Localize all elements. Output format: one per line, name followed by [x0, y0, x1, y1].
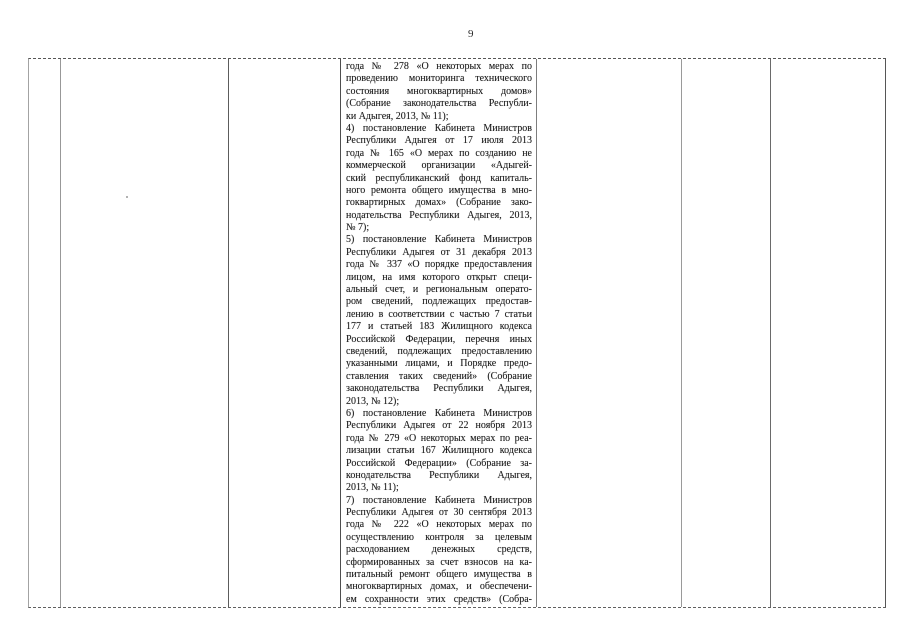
text-line: гоквартирных домах» (Собрание зако- [346, 197, 532, 209]
table-cell-empty-5 [682, 59, 771, 607]
text-line: 4) постановление Кабинета Министров [346, 123, 532, 135]
text-line: ки Адыгея, 2013, № 11); [346, 111, 532, 123]
text-line: лению в соответствии с частью 7 статьи [346, 309, 532, 321]
text-line: альный счет, и региональным операто- [346, 284, 532, 296]
text-line: многоквартирных домах, и обеспечени- [346, 581, 532, 593]
text-line: 7) постановление Кабинета Министров [346, 495, 532, 507]
text-line: Российской Федерации» (Собрание за- [346, 458, 532, 470]
text-line: 6) постановление Кабинета Министров [346, 408, 532, 420]
text-line: коммерческой организации «Адыгей- [346, 160, 532, 172]
text-line: ром сведений, подлежащих предостав- [346, 296, 532, 308]
text-line: расходованием денежных средств, [346, 544, 532, 556]
text-line: года № 165 «О мерах по созданию не [346, 148, 532, 160]
text-line: осуществлению контроля за целевым [346, 532, 532, 544]
text-line: нодательства Республики Адыгея, 2013, [346, 210, 532, 222]
text-line: (Собрание законодательства Республи- [346, 98, 532, 110]
text-line: законодательства Республики Адыгея, [346, 383, 532, 395]
text-line: Республики Адыгея от 17 июля 2013 [346, 135, 532, 147]
scan-speck-dot [126, 196, 128, 198]
text-line: питальный ремонт общего имущества в [346, 569, 532, 581]
table-cell-empty-1 [29, 59, 61, 607]
text-line: № 7); [346, 222, 532, 234]
text-line: года № 278 «О некоторых мерах по [346, 61, 532, 73]
text-line: указанными лицами, и Порядке предо- [346, 358, 532, 370]
text-line: лизации статьи 167 Жилищного кодекса [346, 445, 532, 457]
legal-text-block: года № 278 «О некоторых мерах попроведен… [341, 59, 536, 606]
text-line: года № 222 «О некоторых мерах по [346, 519, 532, 531]
table-cell-empty-6 [771, 59, 886, 607]
text-line: состояния многоквартирных домов» [346, 86, 532, 98]
text-line: 2013, № 12); [346, 396, 532, 408]
text-line: года № 337 «О порядке предоставления [346, 259, 532, 271]
text-line: Республики Адыгея от 22 ноября 2013 [346, 420, 532, 432]
table-cell-provisions: года № 278 «О некоторых мерах попроведен… [341, 59, 537, 607]
text-line: сформированных за счет взносов на ка- [346, 557, 532, 569]
page-number: 9 [468, 28, 474, 40]
text-line: сведений, подлежащих предоставлению [346, 346, 532, 358]
table-cell-empty-4 [537, 59, 682, 607]
text-line: лицом, на имя которого открыт специ- [346, 272, 532, 284]
text-line: года № 279 «О некоторых мерах по реа- [346, 433, 532, 445]
text-line: Российской Федерации, перечня иных [346, 334, 532, 346]
text-line: 5) постановление Кабинета Министров [346, 234, 532, 246]
table-cell-empty-2 [61, 59, 229, 607]
text-line: ного ремонта общего имущества в мно- [346, 185, 532, 197]
table-cell-empty-3 [229, 59, 341, 607]
text-line: ем сохранности этих средств» (Собра- [346, 594, 532, 606]
document-table: года № 278 «О некоторых мерах попроведен… [28, 58, 886, 608]
text-line: Республики Адыгея от 30 сентября 2013 [346, 507, 532, 519]
text-line: ставления таких сведений» (Собрание [346, 371, 532, 383]
text-line: Республики Адыгея от 31 декабря 2013 [346, 247, 532, 259]
text-line: 177 и статьей 183 Жилищного кодекса [346, 321, 532, 333]
text-line: проведению мониторинга технического [346, 73, 532, 85]
text-line: конодательства Республики Адыгея, [346, 470, 532, 482]
text-line: 2013, № 11); [346, 482, 532, 494]
text-line: ский республиканский фонд капиталь- [346, 173, 532, 185]
document-page: 9 года № 278 «О некоторых мерах попровед… [0, 0, 905, 640]
